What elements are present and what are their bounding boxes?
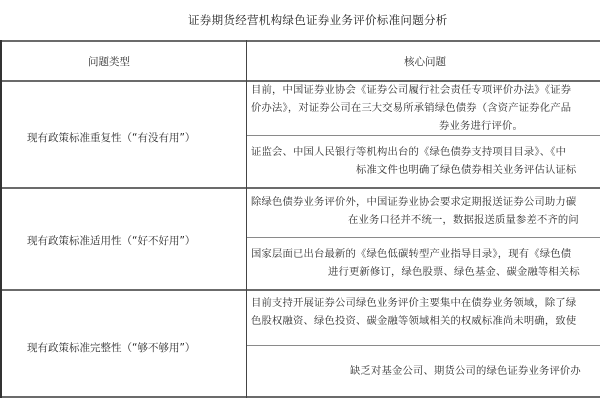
- group1-bottom-border: [0, 187, 600, 189]
- issue-line: 在业务口径并不统一，数据报送质量参差不齐的问: [348, 211, 579, 229]
- header-core-issue: 核心问题: [404, 54, 446, 69]
- analysis-table: 问题类型 核心问题 现有政策标准重复性（“有没有用”） 目前，中国证券业协会《证…: [0, 40, 600, 398]
- row3-split-border: [246, 345, 600, 346]
- group2-bottom-border: [0, 289, 600, 291]
- issue-line: 色股权融资、绿色投资、碳金融等领域相关的权威标准尚未明确，致使: [251, 312, 576, 330]
- issue-line: 目前，中国证券业协会《证券公司履行社会责任专项评价办法》《证券: [251, 81, 571, 99]
- column-divider: [246, 40, 247, 398]
- issue-line: 除绿色债券业务评价外，中国证券业协会要求定期报送证券公司助力碳: [251, 193, 576, 211]
- issue-line: 目前支持开展证券公司绿色业务评价主要集中在债券业务领域，除了绿: [251, 294, 576, 312]
- problem-type-repetition: 现有政策标准重复性（“有没有用”）: [27, 130, 195, 145]
- table-bottom-border: [0, 396, 600, 398]
- problem-type-completeness: 现有政策标准完整性（“够不够用”）: [27, 340, 195, 355]
- left-border: [0, 40, 2, 398]
- issue-line: 价办法》，对证券公司在三大交易所承销绿色债券（含资产证券化产品: [251, 99, 571, 117]
- issue-line: 缺乏对基金公司、期货公司的绿色证券业务评价办: [350, 362, 581, 380]
- issue-line: 券业务进行评价。: [439, 117, 523, 135]
- issue-line: 标准文件也明确了绿色债券相关业务评估认证标: [356, 161, 576, 179]
- issue-line: 进行更新修订，绿色股票、绿色基金、碳金融等相关标: [328, 263, 580, 281]
- row1-split-border: [246, 135, 600, 136]
- problem-type-applicability: 现有政策标准适用性（“好不好用”）: [27, 233, 195, 248]
- table-top-border: [0, 40, 600, 42]
- header-problem-type: 问题类型: [88, 54, 130, 69]
- document-title: 证券期货经营机构绿色证券业务评价标准问题分析: [0, 10, 600, 30]
- title-text: 证券期货经营机构绿色证券业务评价标准问题分析: [188, 12, 448, 28]
- row2-split-border: [246, 237, 600, 238]
- issue-line: 证监会、中国人民银行等机构出台的《绿色债券支持项目目录》、《中: [251, 143, 566, 161]
- issue-line: 国家层面已出台最新的《绿色低碳转型产业指导目录》，现有《绿色债: [251, 245, 571, 263]
